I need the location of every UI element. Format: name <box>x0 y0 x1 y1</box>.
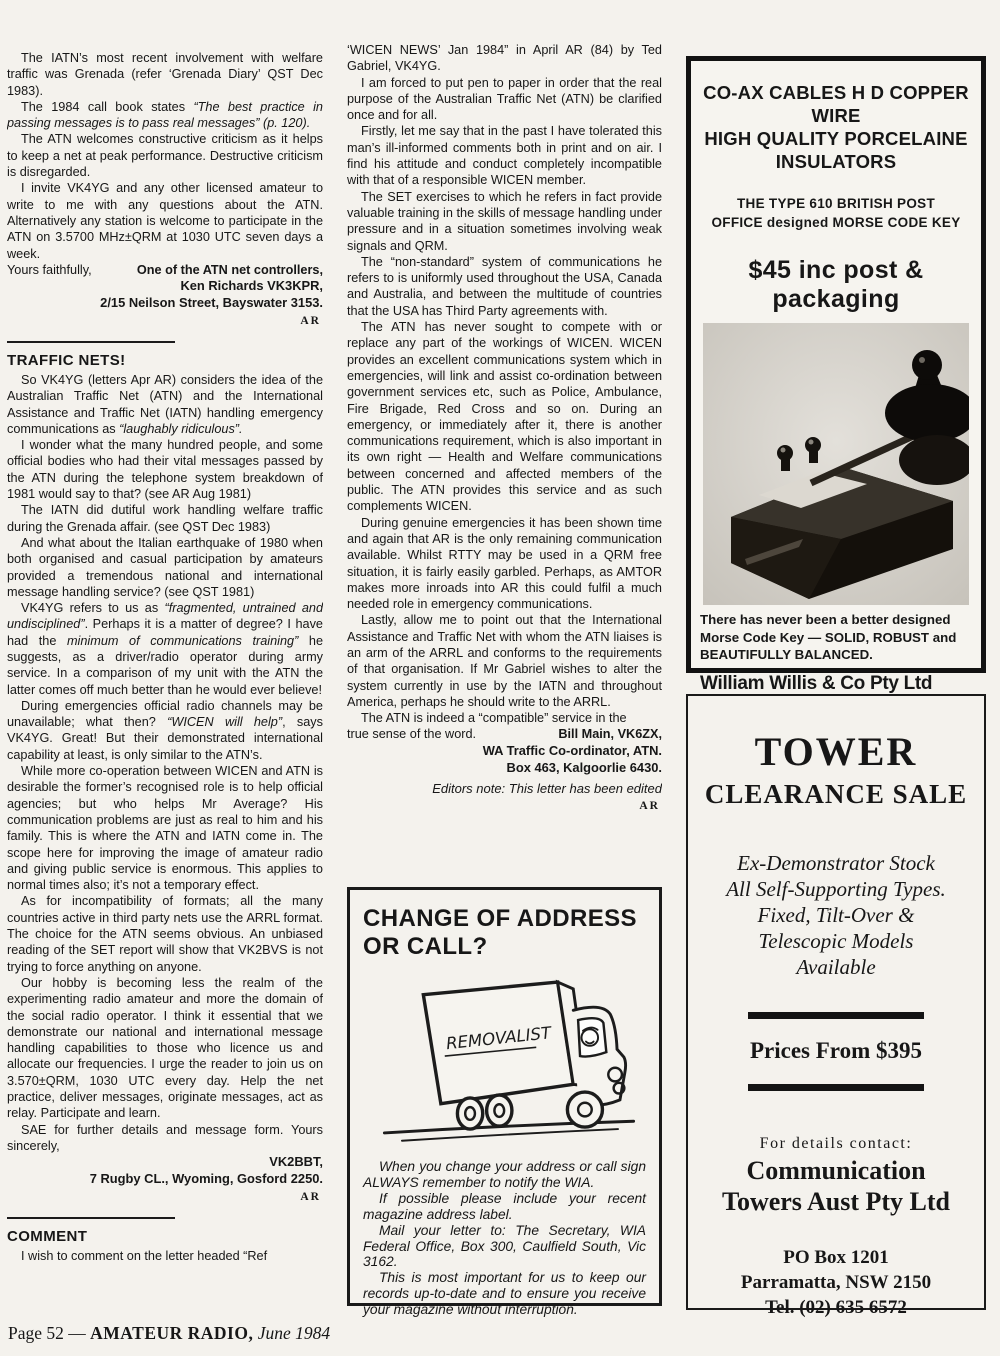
paragraph: SAE for further details and message form… <box>7 1122 323 1155</box>
coax-headline-line3: INSULATORS <box>691 150 981 173</box>
signature-name: Bill Main, VK6ZX, <box>558 726 662 743</box>
closing-phrase: Yours faithfully, <box>7 262 92 279</box>
paragraph: The IATN’s most recent involvement with … <box>7 50 323 99</box>
paragraph: During genuine emergencies it has been s… <box>347 515 662 613</box>
coax-price: $45 inc post & packaging <box>691 256 981 314</box>
coax-company-name: William Willis & Co Pty Ltd <box>691 673 981 695</box>
tower-body-line5: Available <box>688 954 984 980</box>
signature-line: VK2BBT, <box>7 1154 323 1171</box>
paragraph: The “non-standard” system of communicati… <box>347 254 662 319</box>
tower-address-line2: Parramatta, NSW 2150 <box>688 1270 984 1295</box>
coax-headline-line1: CO-AX CABLES H D COPPER WIRE <box>691 81 981 127</box>
editors-note: Editors note: This letter has been edite… <box>347 780 662 797</box>
article-end-mark: AR <box>7 1191 321 1203</box>
change-ad-paragraph: When you change your address or call sig… <box>363 1159 646 1191</box>
change-ad-paragraph: This is most important for us to keep ou… <box>363 1270 646 1318</box>
tower-price: Prices From $395 <box>688 1038 984 1064</box>
tower-divider-bar-top <box>748 1012 924 1019</box>
signature-line: Box 463, Kalgoorlie 6430. <box>347 760 662 777</box>
coax-subheading: THE TYPE 610 BRITISH POST OFFICE designe… <box>691 194 981 232</box>
change-of-address-ad: CHANGE OF ADDRESS OR CALL? <box>347 887 662 1306</box>
signature-block: VK2BBT,7 Rugby CL., Wyoming, Gosford 225… <box>7 1154 323 1188</box>
signature-line: WA Traffic Co-ordinator, ATN. <box>347 743 662 760</box>
paragraph: ‘WICEN NEWS’ Jan 1984” in April AR (84) … <box>347 42 662 75</box>
tower-divider-bar-bottom <box>748 1084 924 1091</box>
tower-body-text: Ex-Demonstrator Stock All Self-Supportin… <box>688 850 984 980</box>
paragraph: While more co-operation between WICEN an… <box>7 763 323 893</box>
coax-headline: CO-AX CABLES H D COPPER WIRE HIGH QUALIT… <box>691 81 981 173</box>
tower-company-line1: Communication <box>688 1155 984 1186</box>
morse-key-photo <box>703 323 969 605</box>
divider-rule <box>7 1217 175 1219</box>
paragraph: I wonder what the many hundred people, a… <box>7 437 323 502</box>
paragraph: The SET exercises to which he refers in … <box>347 189 662 254</box>
tower-body-line4: Telescopic Models <box>688 928 984 954</box>
paragraph: During emergencies official radio channe… <box>7 698 323 763</box>
signature-line: 7 Rugby CL., Wyoming, Gosford 2250. <box>7 1171 323 1188</box>
paragraph: The ATN has never sought to compete with… <box>347 319 662 515</box>
article-end-mark: AR <box>347 800 660 812</box>
tower-company-line2: Towers Aust Pty Ltd <box>688 1186 984 1217</box>
article-end-mark: AR <box>7 315 321 327</box>
paragraph: As for incompatibility of formats; all t… <box>7 893 323 974</box>
signature-row: true sense of the word.Bill Main, VK6ZX, <box>347 726 662 743</box>
paragraph: And what about the Italian earthquake of… <box>7 535 323 600</box>
removal-truck-illustration: REMOVALIST <box>363 963 655 1155</box>
signature-row: Yours faithfully,One of the ATN net cont… <box>7 262 323 279</box>
change-ad-paragraph: Mail your letter to: The Secretary, WIA … <box>363 1223 646 1271</box>
tower-address-line3: Tel. (02) 635 6572 <box>688 1295 984 1320</box>
signature-name: One of the ATN net controllers, <box>137 262 323 279</box>
section-heading: COMMENT <box>7 1228 323 1245</box>
footer-page-number: Page 52 — <box>8 1323 90 1343</box>
coax-sub-line1: THE TYPE 610 BRITISH POST <box>691 194 981 213</box>
middle-text-column: ‘WICEN NEWS’ Jan 1984” in April AR (84) … <box>347 42 662 882</box>
tower-subtitle: CLEARANCE SALE <box>688 779 984 810</box>
tower-address-line1: PO Box 1201 <box>688 1245 984 1270</box>
paragraph: The IATN did dutiful work handling welfa… <box>7 502 323 535</box>
coax-headline-line2: HIGH QUALITY PORCELAINE <box>691 127 981 150</box>
change-ad-paragraph: If possible please include your recent m… <box>363 1191 646 1223</box>
signature-line: 2/15 Neilson Street, Bayswater 3153. <box>7 295 323 312</box>
paragraph: The ATN is indeed a “compatible” service… <box>347 710 662 726</box>
section-heading: TRAFFIC NETS! <box>7 352 323 369</box>
paragraph: I am forced to put pen to paper in order… <box>347 75 662 124</box>
left-text-column: The IATN’s most recent involvement with … <box>7 50 323 1318</box>
change-ad-text: When you change your address or call sig… <box>363 1159 646 1318</box>
truck-drawing: REMOVALIST <box>363 963 655 1153</box>
paragraph: I invite VK4YG and any other licensed am… <box>7 180 323 261</box>
change-ad-title-line1: CHANGE OF ADDRESS <box>363 905 646 933</box>
tower-title: TOWER <box>688 728 984 775</box>
signature-line: Ken Richards VK3KPR, <box>7 278 323 295</box>
paragraph: I wish to comment on the letter headed “… <box>7 1248 323 1264</box>
paragraph: Lastly, allow me to point out that the I… <box>347 612 662 710</box>
tower-address: PO Box 1201 Parramatta, NSW 2150 Tel. (0… <box>688 1245 984 1320</box>
coax-caption: There has never been a better designed M… <box>691 611 981 664</box>
change-ad-title-line2: OR CALL? <box>363 933 646 961</box>
paragraph: Our hobby is becoming less the realm of … <box>7 975 323 1122</box>
coax-morse-key-ad: CO-AX CABLES H D COPPER WIRE HIGH QUALIT… <box>686 56 986 673</box>
tower-contact-intro: For details contact: <box>688 1135 984 1153</box>
tower-body-line2: All Self-Supporting Types. <box>688 876 984 902</box>
closing-phrase: true sense of the word. <box>347 726 476 743</box>
paragraph: So VK4YG (letters Apr AR) considers the … <box>7 372 323 437</box>
tower-company-name: Communication Towers Aust Pty Ltd <box>688 1155 984 1217</box>
signature-block: WA Traffic Co-ordinator, ATN.Box 463, Ka… <box>347 743 662 777</box>
magazine-page: The IATN’s most recent involvement with … <box>0 0 1000 1356</box>
page-footer: Page 52 — AMATEUR RADIO, June 1984 <box>8 1323 330 1344</box>
paragraph: The ATN welcomes constructive criticism … <box>7 131 323 180</box>
paragraph: Firstly, let me say that in the past I h… <box>347 123 662 188</box>
signature-block: Ken Richards VK3KPR,2/15 Neilson Street,… <box>7 278 323 312</box>
divider-rule <box>7 341 175 343</box>
coax-sub-line2: OFFICE designed MORSE CODE KEY <box>691 213 981 232</box>
paragraph: The 1984 call book states “The best prac… <box>7 99 323 132</box>
paragraph: VK4YG refers to us as “fragmented, untra… <box>7 600 323 698</box>
tower-body-line3: Fixed, Tilt-Over & <box>688 902 984 928</box>
footer-issue-date: June 1984 <box>253 1323 330 1343</box>
tower-body-line1: Ex-Demonstrator Stock <box>688 850 984 876</box>
footer-magazine-name: AMATEUR RADIO, <box>90 1323 253 1343</box>
tower-clearance-ad: TOWER CLEARANCE SALE Ex-Demonstrator Sto… <box>686 694 986 1310</box>
